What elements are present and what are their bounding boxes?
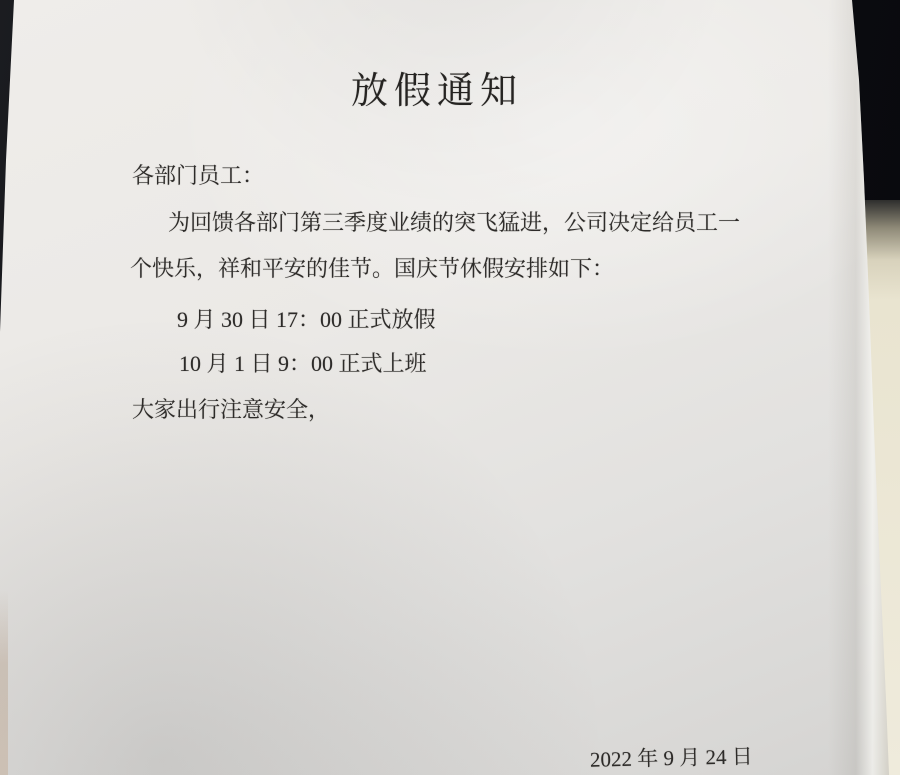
photo-of-document: 放假通知 各部门员工： 为回馈各部门第三季度业绩的突飞猛进，公司决定给员工一 个… <box>0 0 900 775</box>
schedule-line-back-to-work: 10 月 1 日 9：00 正式上班 <box>179 350 427 378</box>
paragraph-line-2: 个快乐，祥和平安的佳节。国庆节休假安排如下： <box>130 255 614 283</box>
schedule-line-holiday-start: 9 月 30 日 17：00 正式放假 <box>177 306 436 334</box>
closing-line: 大家出行注意安全， <box>132 396 330 424</box>
frame-left-edge-sliver <box>0 590 8 775</box>
document-date: 2022 年 9 月 24 日 <box>590 742 753 773</box>
paper-sheet: 放假通知 各部门员工： 为回馈各部门第三季度业绩的突飞猛进，公司决定给员工一 个… <box>0 0 900 775</box>
paragraph-line-1: 为回馈各部门第三季度业绩的突飞猛进，公司决定给员工一 <box>168 209 740 237</box>
salutation-line: 各部门员工： <box>132 162 264 190</box>
document-title: 放假通知 <box>0 60 874 114</box>
